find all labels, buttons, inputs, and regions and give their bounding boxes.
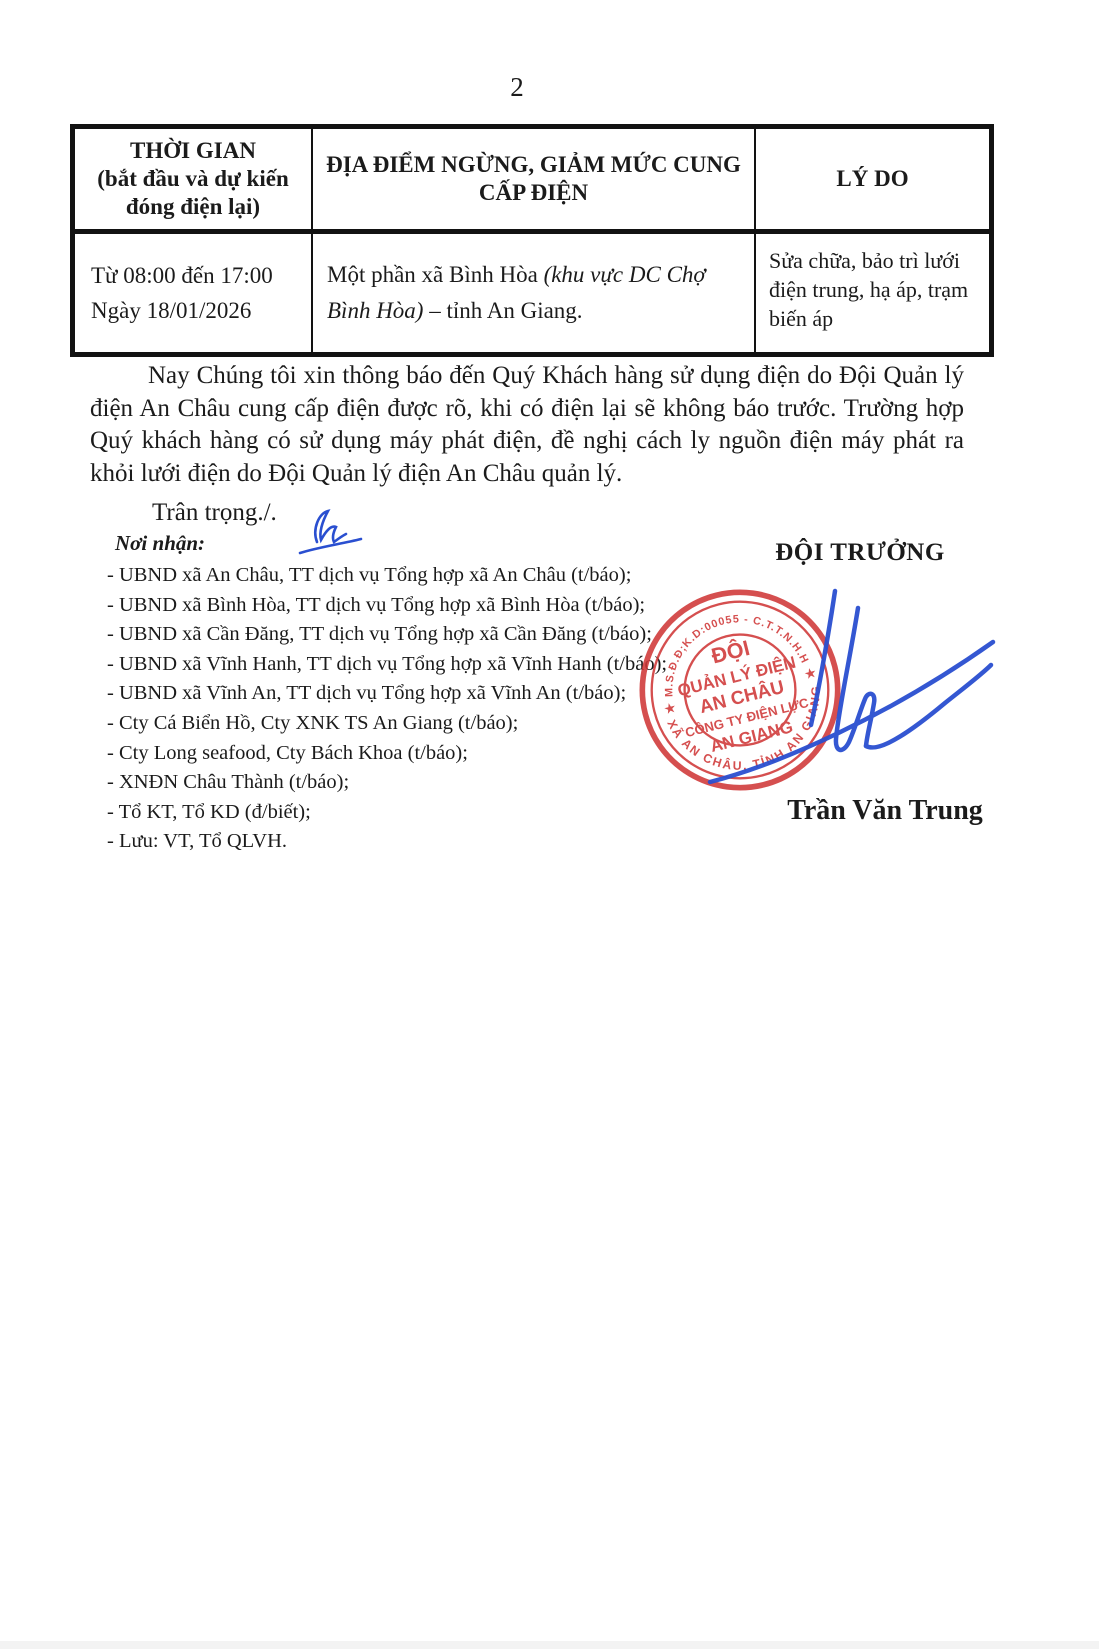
header-location: ĐỊA ĐIỂM NGỪNG, GIẢM MỨC CUNG CẤP ĐIỆN bbox=[313, 129, 756, 229]
signer-name: Trần Văn Trung bbox=[710, 795, 1060, 827]
handwritten-signature bbox=[690, 563, 1000, 791]
recipient-item: - UBND xã Cần Đăng, TT dịch vụ Tổng hợp … bbox=[107, 620, 707, 650]
handwritten-initials-mark bbox=[293, 505, 371, 559]
recipient-item: - XNĐN Châu Thành (t/báo); bbox=[107, 768, 707, 798]
table-row: Từ 08:00 đến 17:00 Ngày 18/01/2026 Một p… bbox=[75, 234, 989, 352]
recipient-item: - UBND xã Vĩnh An, TT dịch vụ Tổng hợp x… bbox=[107, 679, 707, 709]
header-time-title: THỜI GIAN bbox=[130, 137, 256, 165]
header-time: THỜI GIAN (bắt đầu và dự kiến đóng điện … bbox=[75, 129, 313, 229]
star-icon: ★ bbox=[662, 699, 678, 718]
recipient-item: - UBND xã Vĩnh Hanh, TT dịch vụ Tổng hợp… bbox=[107, 650, 707, 680]
recipient-item: - Tổ KT, Tổ KD (đ/biết); bbox=[107, 798, 707, 828]
time-date: Ngày 18/01/2026 bbox=[91, 295, 299, 326]
time-range: Từ 08:00 đến 17:00 bbox=[91, 260, 299, 291]
cell-time: Từ 08:00 đến 17:00 Ngày 18/01/2026 bbox=[75, 234, 313, 352]
recipients-heading: Nơi nhận: bbox=[115, 531, 205, 556]
closing-text: Trân trọng./. bbox=[152, 499, 277, 527]
recipient-item: - Lưu: VT, Tổ QLVH. bbox=[107, 827, 707, 857]
page-number: 2 bbox=[0, 72, 1034, 103]
location-province: – tỉnh An Giang. bbox=[423, 298, 582, 323]
header-reason: LÝ DO bbox=[756, 129, 989, 229]
recipients-list: - UBND xã An Châu, TT dịch vụ Tổng hợp x… bbox=[107, 561, 707, 857]
outage-table: THỜI GIAN (bắt đầu và dự kiến đóng điện … bbox=[70, 124, 994, 357]
table-header-row: THỜI GIAN (bắt đầu và dự kiến đóng điện … bbox=[75, 129, 989, 234]
document-page: 2 THỜI GIAN (bắt đầu và dự kiến đóng điệ… bbox=[0, 0, 1099, 1649]
cell-location: Một phần xã Bình Hòa (khu vực DC Chợ Bìn… bbox=[313, 234, 756, 352]
notice-paragraph: Nay Chúng tôi xin thông báo đến Quý Khác… bbox=[90, 360, 964, 490]
scan-bottom-edge bbox=[0, 1641, 1099, 1649]
recipient-item: - UBND xã An Châu, TT dịch vụ Tổng hợp x… bbox=[107, 561, 707, 591]
location-text: Một phần xã Bình Hòa bbox=[327, 262, 544, 287]
cell-reason: Sửa chữa, bảo trì lưới điện trung, hạ áp… bbox=[756, 234, 989, 352]
recipient-item: - UBND xã Bình Hòa, TT dịch vụ Tổng hợp … bbox=[107, 591, 707, 621]
recipient-item: - Cty Cá Biển Hồ, Cty XNK TS An Giang (t… bbox=[107, 709, 707, 739]
recipient-item: - Cty Long seafood, Cty Bách Khoa (t/báo… bbox=[107, 739, 707, 769]
header-time-subtitle: (bắt đầu và dự kiến đóng điện lại) bbox=[87, 165, 299, 221]
